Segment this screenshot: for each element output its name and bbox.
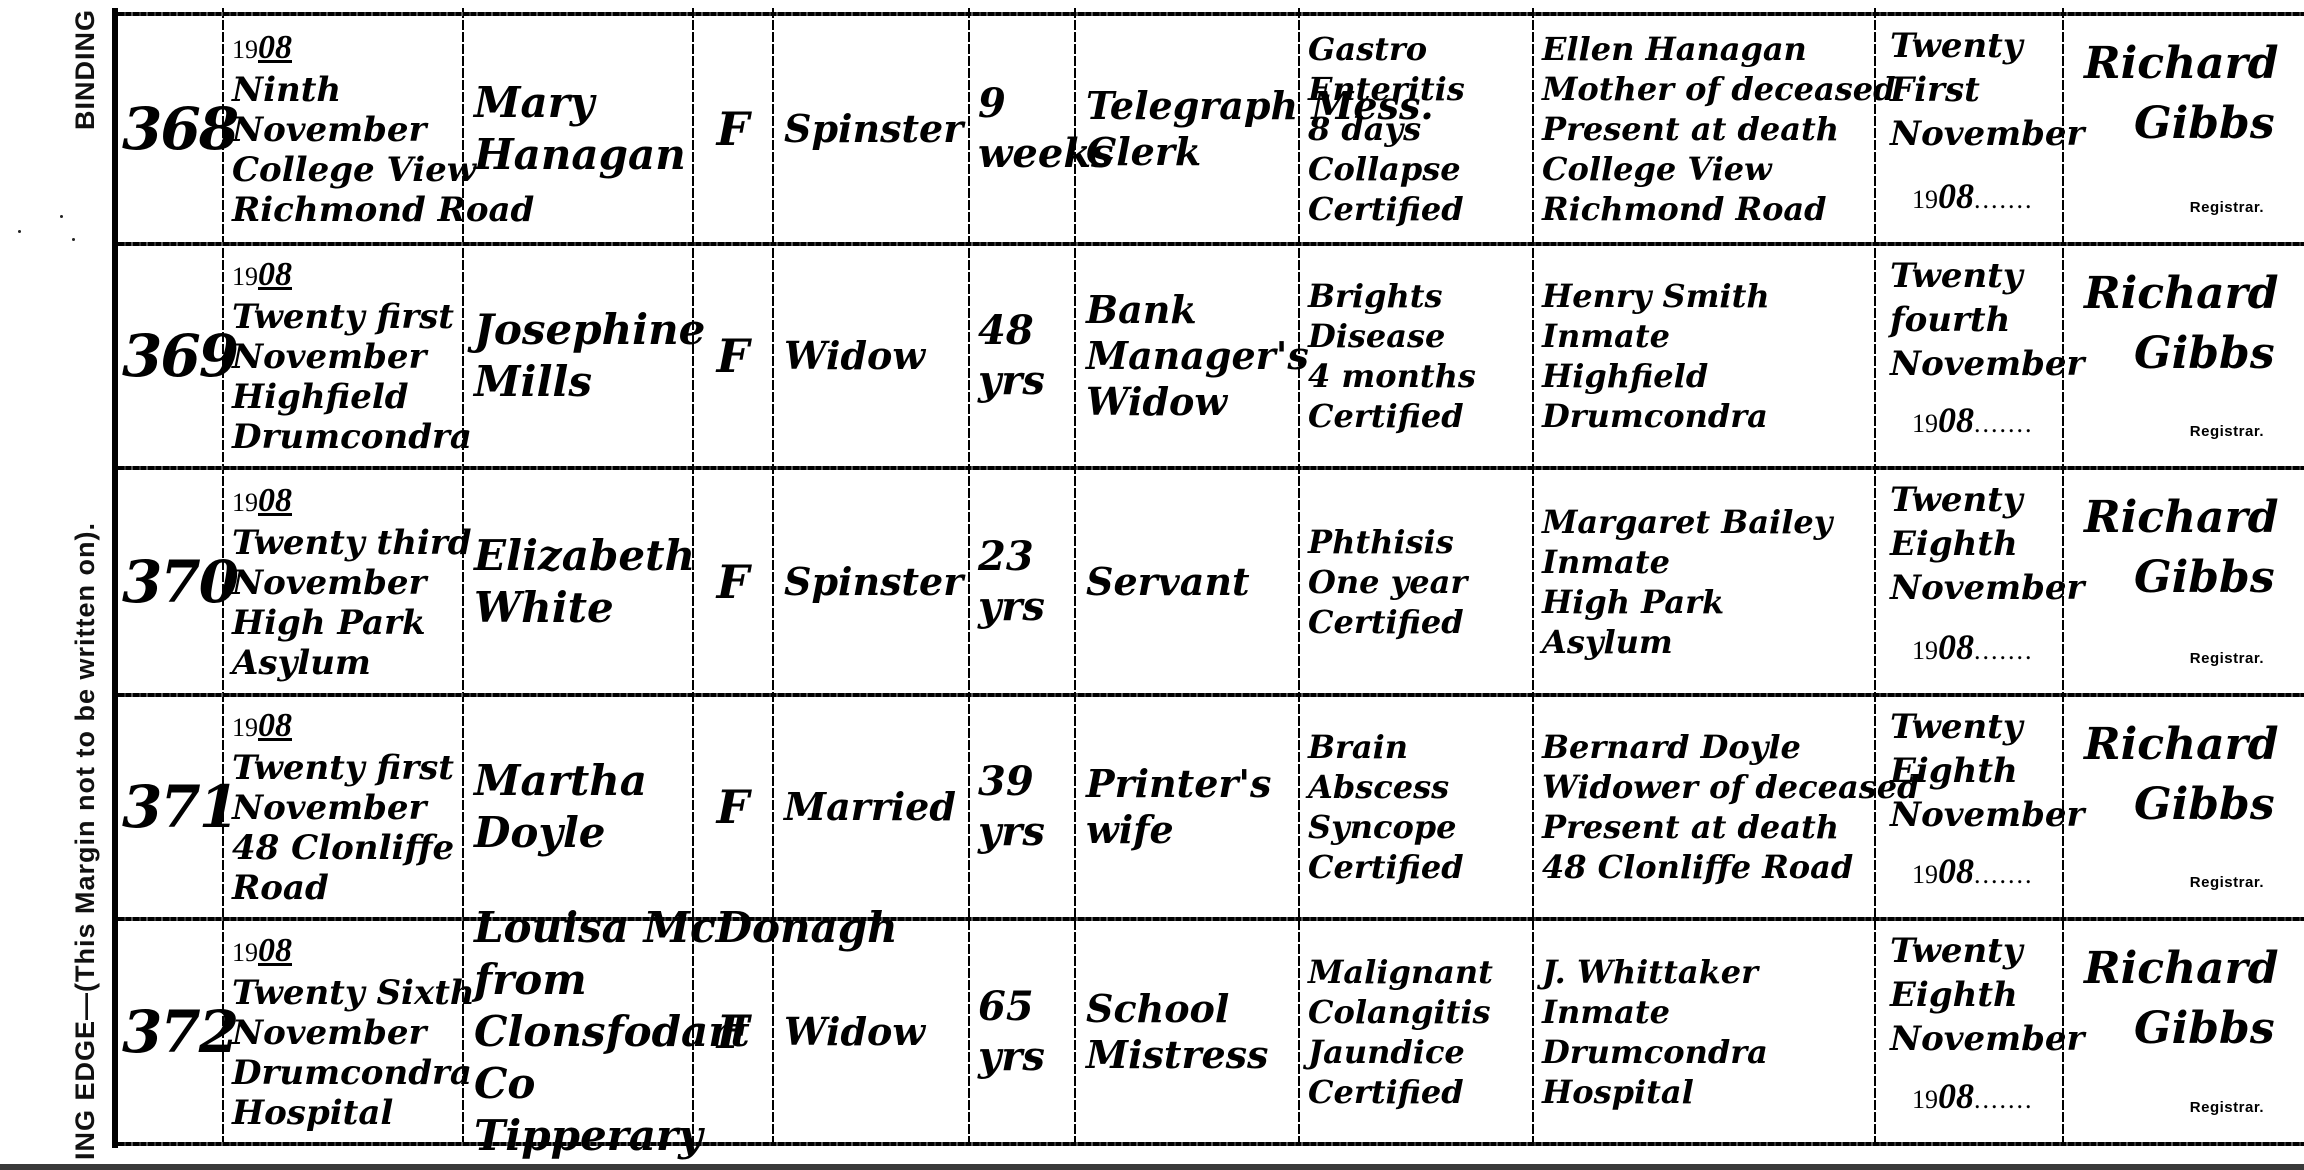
death-year: 1908 [232,255,470,297]
handwritten-line: Drumcondra [232,1053,470,1093]
rank-profession-occupation: Printer'swife [1076,697,1308,917]
handwritten-line: Henry Smith [1542,276,1882,316]
handwritten-line: Gibbs [2084,324,2279,384]
handwritten-line: from [474,954,702,1006]
condition: Married [774,697,978,917]
handwritten-line: Present at death [1542,109,1882,149]
handwritten-line: Twenty Sixth [232,973,470,1013]
scan-speck [60,215,63,218]
handwritten-line: Gastro [1308,29,1540,69]
handwritten-line: College View [232,150,470,190]
handwritten-line: Manager's [1086,333,1308,379]
entry-number-cell: 369 [118,246,222,466]
handwritten-line: Twenty [1890,929,2084,973]
registrar-signature: RichardGibbs Registrar. [2064,16,2304,242]
handwritten-line: November [1890,1017,2084,1061]
register-entry: 371 1908 Twenty firstNovember48 Clonliff… [118,697,2304,917]
handwritten-line: Richard [2084,264,2279,324]
handwritten-line: wife [1086,807,1308,853]
handwritten-line: Jaundice [1308,1032,1540,1072]
handwritten-line: Widower of deceased [1542,767,1882,807]
handwritten-line: Twenty [1890,705,2084,749]
handwritten-line: Certified [1308,396,1540,436]
handwritten-line: Abscess [1308,767,1540,807]
handwritten-line: Twenty first [232,748,470,788]
certified-cause-of-death: GastroEnteritis8 daysCollapseCertified [1300,16,1540,242]
handwritten-line: yrs [978,582,1082,632]
death-year: 1908 [232,931,470,973]
registered-year: 1908....... [1912,627,2034,671]
handwritten-line: 48 Clonliffe [232,828,470,868]
handwritten-line: Clerk [1086,129,1308,175]
handwritten-line: Brain [1308,727,1540,767]
handwritten-line: 4 months [1308,356,1540,396]
sex: F [694,697,772,917]
registered-year: 1908....... [1912,851,2034,895]
date-place-of-death: 1908 Twenty firstNovember48 ClonliffeRoa… [224,697,470,917]
registrar-label: Registrar. [2190,188,2264,228]
handwritten-line: Inmate [1542,542,1882,582]
informant-signature-residence: Henry SmithInmateHighfieldDrumcondra [1534,246,1882,466]
sex: F [694,470,772,693]
handwritten-line: Present at death [1542,807,1882,847]
handwritten-line: Richard [2084,715,2279,775]
handwritten-line: College View [1542,149,1882,189]
handwritten-line: Drumcondra [1542,396,1882,436]
name-and-surname: ElizabethWhite [464,470,702,693]
age-last-birthday: 48yrs [970,246,1082,466]
handwritten-line: Bernard Doyle [1542,727,1882,767]
when-registered: TwentyEighthNovember 1908....... [1876,921,2062,1142]
handwritten-line: Ellen Hanagan [1542,29,1882,69]
handwritten-line: Asylum [232,643,470,683]
handwritten-line: Gibbs [2084,548,2279,608]
handwritten-line: yrs [978,356,1082,406]
handwritten-line: Widow [1086,379,1308,425]
handwritten-line: Richard [2084,34,2279,94]
death-year: 1908 [232,28,470,70]
scanner-edge [0,1164,2304,1170]
handwritten-line: High Park [232,603,470,643]
row-rule [118,1142,2304,1146]
registrar-signature: RichardGibbs Registrar. [2064,246,2304,466]
handwritten-line: 48 [978,306,1082,356]
sex: F [694,921,772,1142]
handwritten-line: Josephine [474,304,702,356]
handwritten-line: Doyle [474,807,702,859]
rank-profession-occupation: BankManager'sWidow [1076,246,1308,466]
handwritten-line: J. Whittaker [1542,952,1882,992]
age-last-birthday: 65yrs [970,921,1082,1142]
handwritten-line: Eighth [1890,522,2084,566]
binding-margin-instruction: ING EDGE—(This Margin not to be written … [70,522,101,1160]
registrar-signature: RichardGibbs Registrar. [2064,921,2304,1142]
handwritten-line: Richard [2084,488,2279,548]
handwritten-line: November [1890,566,2084,610]
register-entry: 369 1908 Twenty firstNovemberHighfieldDr… [118,246,2304,466]
death-year: 1908 [232,706,470,748]
registrar-label: Registrar. [2190,639,2264,679]
register-entry: 370 1908 Twenty thirdNovemberHigh ParkAs… [118,470,2304,693]
handwritten-line: Bank [1086,287,1308,333]
entry-number-cell: 368 [118,16,222,242]
handwritten-line: yrs [978,1032,1082,1082]
handwritten-line: Enteritis [1308,69,1540,109]
certified-cause-of-death: MalignantColangitisJaundiceCertified [1300,921,1540,1142]
handwritten-line: Gibbs [2084,775,2279,835]
sex: F [694,16,772,242]
age-last-birthday: 9weeks [970,16,1082,242]
handwritten-line: November [1890,793,2084,837]
condition: Spinster [774,16,978,242]
handwritten-line: Servant [1086,559,1308,605]
handwritten-line: 65 [978,982,1082,1032]
certified-cause-of-death: BrainAbscessSyncopeCertified [1300,697,1540,917]
name-and-surname: JosephineMills [464,246,702,466]
handwritten-line: Phthisis [1308,522,1540,562]
scan-speck [18,230,21,233]
handwritten-line: Certified [1308,847,1540,887]
handwritten-line: Highfield [1542,356,1882,396]
handwritten-line: Certified [1308,1072,1540,1112]
name-and-surname: MarthaDoyle [464,697,702,917]
handwritten-line: Louisa McDonagh [474,902,702,954]
handwritten-line: Twenty [1890,478,2084,522]
handwritten-line: Highfield [232,377,470,417]
entry-number-cell: 370 [118,470,222,693]
handwritten-line: High Park [1542,582,1882,622]
when-registered: TwentyEighthNovember 1908....... [1876,697,2062,917]
rank-profession-occupation: SchoolMistress [1076,921,1308,1142]
when-registered: TwentyfourthNovember 1908....... [1876,246,2062,466]
informant-signature-residence: Ellen HanaganMother of deceasedPresent a… [1534,16,1882,242]
handwritten-line: First [1890,68,2084,112]
handwritten-line: Margaret Bailey [1542,502,1882,542]
handwritten-line: Twenty first [232,297,470,337]
register-entry: 368 1908 NinthNovemberCollege ViewRichmo… [118,16,2304,242]
informant-signature-residence: J. WhittakerInmateDrumcondraHospital [1534,921,1882,1142]
rank-profession-occupation: Servant [1076,470,1308,693]
handwritten-line: Gibbs [2084,94,2279,154]
date-place-of-death: 1908 NinthNovemberCollege ViewRichmond R… [224,16,470,242]
handwritten-line: One year [1308,562,1540,602]
handwritten-line: Richmond Road [232,190,470,230]
registrar-label: Registrar. [2190,863,2264,903]
entry-number-cell: 371 [118,697,222,917]
handwritten-line: Inmate [1542,316,1882,356]
handwritten-line: 48 Clonliffe Road [1542,847,1882,887]
handwritten-line: Richard [2084,939,2279,999]
when-registered: TwentyEighthNovember 1908....... [1876,470,2062,693]
handwritten-line: Collapse [1308,149,1540,189]
entry-number: 368 [122,109,237,149]
handwritten-line: Drumcondra [1542,1032,1882,1072]
entry-number-cell: 372 [118,921,222,1142]
handwritten-line: Syncope [1308,807,1540,847]
handwritten-line: Certified [1308,189,1540,229]
registrar-signature: RichardGibbs Registrar. [2064,470,2304,693]
entry-number: 372 [122,1012,237,1052]
registrar-signature: RichardGibbs Registrar. [2064,697,2304,917]
age-last-birthday: 23yrs [970,470,1082,693]
death-year: 1908 [232,481,470,523]
handwritten-line: Richmond Road [1542,189,1882,229]
entry-number: 371 [122,787,237,827]
handwritten-line: Mistress [1086,1032,1308,1078]
registrar-label: Registrar. [2190,412,2264,452]
handwritten-line: November [232,110,470,150]
handwritten-line: November [232,788,470,828]
handwritten-line: Asylum [1542,622,1882,662]
handwritten-line: November [232,563,470,603]
handwritten-line: Tipperary [474,1110,702,1162]
registered-year: 1908....... [1912,176,2034,220]
handwritten-line: Mother of deceased [1542,69,1882,109]
binding-edge-fragment: BINDING E [70,0,101,130]
handwritten-line: Telegraph Mess. [1086,83,1308,129]
handwritten-line: weeks [978,129,1082,179]
date-place-of-death: 1908 Twenty firstNovemberHighfieldDrumco… [224,246,470,466]
informant-signature-residence: Margaret BaileyInmateHigh ParkAsylum [1534,470,1882,693]
when-registered: TwentyFirstNovember 1908....... [1876,16,2062,242]
handwritten-line: Eighth [1890,749,2084,793]
entry-number: 370 [122,562,237,602]
handwritten-line: Mary [474,77,702,129]
handwritten-line: Twenty [1890,24,2084,68]
binding-margin: BINDING E ING EDGE—(This Margin not to b… [40,0,100,1170]
register-entry: 372 1908 Twenty SixthNovemberDrumcondraH… [118,921,2304,1142]
handwritten-line: November [232,1013,470,1053]
handwritten-line: Printer's [1086,761,1308,807]
handwritten-line: Gibbs [2084,999,2279,1059]
scan-speck [72,238,75,241]
handwritten-line: fourth [1890,298,2084,342]
handwritten-line: Hospital [1542,1072,1882,1112]
registrar-label: Registrar. [2190,1088,2264,1128]
handwritten-line: Hospital [232,1093,470,1133]
death-register-table: 368 1908 NinthNovemberCollege ViewRichmo… [112,8,2304,1148]
name-and-surname: Louisa McDonaghfromClonsfodartCoTipperar… [464,921,702,1142]
handwritten-line: yrs [978,807,1082,857]
handwritten-line: Malignant [1308,952,1540,992]
handwritten-line: Disease [1308,316,1540,356]
handwritten-line: Martha [474,755,702,807]
handwritten-line: Inmate [1542,992,1882,1032]
condition: Widow [774,921,978,1142]
handwritten-line: November [1890,342,2084,386]
handwritten-line: Colangitis [1308,992,1540,1032]
handwritten-line: 8 days [1308,109,1540,149]
registered-year: 1908....... [1912,1076,2034,1120]
handwritten-line: 9 [978,79,1082,129]
handwritten-line: Clonsfodart [474,1006,702,1058]
entry-number: 369 [122,336,237,376]
handwritten-line: Eighth [1890,973,2084,1017]
certified-cause-of-death: BrightsDisease4 monthsCertified [1300,246,1540,466]
handwritten-line: Elizabeth [474,530,702,582]
handwritten-line: Ninth [232,70,470,110]
date-place-of-death: 1908 Twenty thirdNovemberHigh ParkAsylum [224,470,470,693]
certified-cause-of-death: PhthisisOne yearCertified [1300,470,1540,693]
registered-year: 1908....... [1912,400,2034,444]
handwritten-line: Brights [1308,276,1540,316]
sex: F [694,246,772,466]
handwritten-line: Twenty third [232,523,470,563]
handwritten-line: Road [232,868,470,908]
handwritten-line: Hanagan [474,129,702,181]
handwritten-line: Co [474,1058,702,1110]
rank-profession-occupation: Telegraph Mess.Clerk [1076,16,1308,242]
handwritten-line: School [1086,986,1308,1032]
handwritten-line: Certified [1308,602,1540,642]
handwritten-line: Drumcondra [232,417,470,457]
handwritten-line: 23 [978,532,1082,582]
handwritten-line: Twenty [1890,254,2084,298]
name-and-surname: MaryHanagan [464,16,702,242]
handwritten-line: November [232,337,470,377]
informant-signature-residence: Bernard DoyleWidower of deceasedPresent … [1534,697,1882,917]
condition: Widow [774,246,978,466]
age-last-birthday: 39yrs [970,697,1082,917]
date-place-of-death: 1908 Twenty SixthNovemberDrumcondraHospi… [224,921,470,1142]
handwritten-line: 39 [978,757,1082,807]
handwritten-line: Mills [474,356,702,408]
handwritten-line: White [474,582,702,634]
condition: Spinster [774,470,978,693]
handwritten-line: November [1890,112,2084,156]
